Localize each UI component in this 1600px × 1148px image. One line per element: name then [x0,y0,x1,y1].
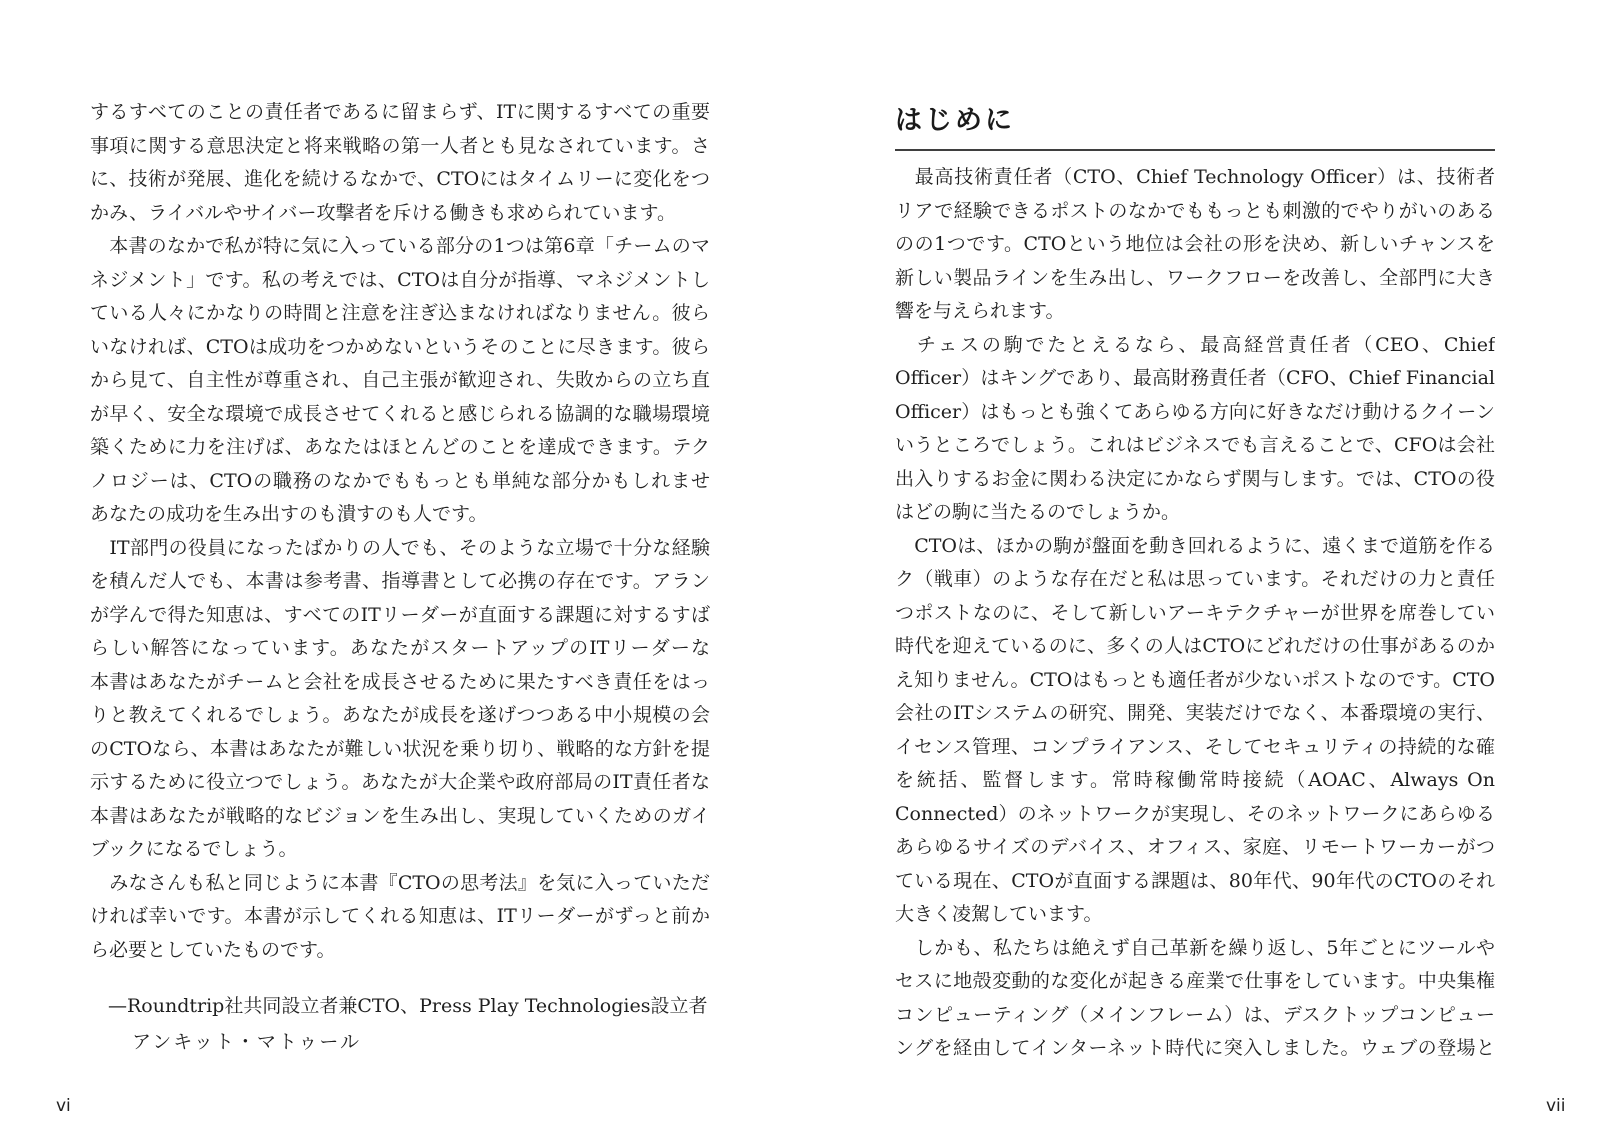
text-line: 事項に関する意思決定と将来戦略の第一人者とも見なされています。さら [90,130,710,164]
text-line: 築くために力を注げば、あなたはほとんどのことを達成できます。テク [90,431,710,465]
text-line: りと教えてくれるでしょう。あなたが成長を遂げつつある中小規模の会社 [90,699,710,733]
text-line: 新しい製品ラインを生み出し、ワークフローを改善し、全部門に大きな影 [895,262,1495,296]
text-line: CTOは、ほかの駒が盤面を動き回れるように、遠くまで道筋を作るルー [895,530,1495,564]
text-line: らしい解答になっています。あなたがスタートアップのITリーダーなら、 [90,632,710,666]
text-line: かみ、ライバルやサイバー攻撃者を斥ける働きも求められています。 [90,197,710,231]
text-line: ノロジーは、CTOの職務のなかでももっとも単純な部分かもしれません。 [90,465,710,499]
text-line: イセンス管理、コンプライアンス、そしてセキュリティの持続的な確保 [895,731,1495,765]
text-line: Officer）はキングであり、最高財務責任者（CFO、Chief Financ… [895,362,1495,396]
paragraph: しかも、私たちは絶えず自己革新を繰り返し、5年ごとにツールやプロセスに地殻変動的… [895,932,1495,1066]
text-line: から見て、自主性が尊重され、自己主張が歓迎され、失敗からの立ち直り [90,364,710,398]
attribution-role: —Roundtrip社共同設立者兼CTO、Press Play Technolo… [90,988,710,1024]
right-page-body-text: 最高技術責任者（CTO、Chief Technology Officer）は、技… [895,161,1495,1066]
paragraph: みなさんも私と同じように本書『CTOの思考法』を気に入っていただければ幸いです。… [90,867,710,968]
page-number-right: vii [1546,1096,1566,1116]
chapter-heading: はじめに [895,103,1495,139]
text-line: のCTOなら、本書はあなたが難しい状況を乗り切り、戦略的な方針を提 [90,733,710,767]
text-line: を統括、監督します。常時稼働常時接続（AOAC、Always On Always [895,764,1495,798]
text-line: Connected）のネットワークが実現し、そのネットワークにあらゆる形態、 [895,798,1495,832]
text-line: リアで経験できるポストのなかでももっとも刺激的でやりがいのあるも [895,195,1495,229]
text-line: Officer）はもっとも強くてあらゆる方向に好きなだけ動けるクイーンと [895,396,1495,430]
text-line: いうところでしょう。これはビジネスでも言えることで、CFOは会社を [895,429,1495,463]
text-line: 示するために役立つでしょう。あなたが大企業や政府部局のIT責任者なら、 [90,766,710,800]
text-line: 会社のITシステムの研究、開発、実装だけでなく、本番環境の実行、ラ [895,697,1495,731]
text-line: ている現在、CTOが直面する課題は、80年代、90年代のCTOのそれを [895,865,1495,899]
paragraph: 最高技術責任者（CTO、Chief Technology Officer）は、技… [895,161,1495,329]
paragraph: IT部門の役員になったばかりの人でも、そのような立場で十分な経験を積んだ人でも、… [90,532,710,867]
paragraph: するすべてのことの責任者であるに留まらず、ITに関するすべての重要事項に関する意… [90,96,710,230]
paragraph: CTOは、ほかの駒が盤面を動き回れるように、遠くまで道筋を作るルーク（戦車）のよ… [895,530,1495,932]
page-number-left: vi [56,1096,71,1116]
text-line: ら必要としていたものです。 [90,934,710,968]
text-line: ければ幸いです。本書が示してくれる知恵は、ITリーダーがずっと前か [90,900,710,934]
text-line: IT部門の役員になったばかりの人でも、そのような立場で十分な経験 [90,532,710,566]
text-line: が早く、安全な環境で成長させてくれると感じられる協調的な職場環境を [90,398,710,432]
text-line: 時代を迎えているのに、多くの人はCTOにどれだけの仕事があるのかさ [895,630,1495,664]
page-left: するすべてのことの責任者であるに留まらず、ITに関するすべての重要事項に関する意… [90,96,710,1060]
text-line: はどの駒に当たるのでしょうか。 [895,496,1495,530]
text-line: チェスの駒でたとえるなら、最高経営責任者（CEO、Chief Executive [895,329,1495,363]
paragraph: 本書のなかで私が特に気に入っている部分の1つは第6章「チームのマネジメント」です… [90,230,710,532]
text-line: のの1つです。CTOという地位は会社の形を決め、新しいチャンスを開き、 [895,228,1495,262]
page-right: はじめに 最高技術責任者（CTO、Chief Technology Office… [895,103,1495,1066]
text-line: みなさんも私と同じように本書『CTOの思考法』を気に入っていただ [90,867,710,901]
text-line: セスに地殻変動的な変化が起きる産業で仕事をしています。中央集権的な [895,965,1495,999]
heading-rule [895,149,1495,151]
text-line: 本書のなかで私が特に気に入っている部分の1つは第6章「チームのマ [90,230,710,264]
text-line: ネジメント」です。私の考えでは、CTOは自分が指導、マネジメントし [90,264,710,298]
text-line: いなければ、CTOは成功をつかめないというそのことに尽きます。彼ら [90,331,710,365]
text-line: に、技術が発展、進化を続けるなかで、CTOにはタイムリーに変化をつ [90,163,710,197]
text-line: あなたの成功を生み出すのも潰すのも人です。 [90,498,710,532]
text-line: ている人々にかなりの時間と注意を注ぎ込まなければなりません。彼らが [90,297,710,331]
text-line: 出入りするお金に関わる決定にかならず関与します。では、CTOの役割 [895,463,1495,497]
text-line: あらゆるサイズのデバイス、オフィス、家庭、リモートワーカーがつながっ [895,831,1495,865]
attribution-name: アンキット・マトゥール [90,1024,710,1060]
book-spread: するすべてのことの責任者であるに留まらず、ITに関するすべての重要事項に関する意… [0,0,1600,1148]
text-line: ングを経由してインターネット時代に突入しました。ウェブの登場ととも [895,1032,1495,1066]
text-line: するすべてのことの責任者であるに留まらず、ITに関するすべての重要 [90,96,710,130]
paragraph: チェスの駒でたとえるなら、最高経営責任者（CEO、Chief Executive… [895,329,1495,530]
text-line: 大きく凌駕しています。 [895,898,1495,932]
text-line: ブックになるでしょう。 [90,833,710,867]
text-line: が学んで得た知恵は、すべてのITリーダーが直面する課題に対するすば [90,599,710,633]
text-line: コンピューティング（メインフレーム）は、デスクトップコンピューティ [895,999,1495,1033]
text-line: 響を与えられます。 [895,295,1495,329]
left-page-body-text: するすべてのことの責任者であるに留まらず、ITに関するすべての重要事項に関する意… [90,96,710,967]
text-line: 本書はあなたがチームと会社を成長させるために果たすべき責任をはっき [90,666,710,700]
text-line: つポストなのに、そして新しいアーキテクチャーが世界を席巻している [895,597,1495,631]
text-line: え知りません。CTOはもっとも適任者が少ないポストなのです。CTOは [895,664,1495,698]
text-line: 本書はあなたが戦略的なビジョンを生み出し、実現していくためのガイド [90,800,710,834]
text-line: しかも、私たちは絶えず自己革新を繰り返し、5年ごとにツールやプロ [895,932,1495,966]
text-line: 最高技術責任者（CTO、Chief Technology Officer）は、技… [895,161,1495,195]
text-line: を積んだ人でも、本書は参考書、指導書として必携の存在です。アラン [90,565,710,599]
attribution-block: —Roundtrip社共同設立者兼CTO、Press Play Technolo… [90,988,710,1060]
text-line: ク（戦車）のような存在だと私は思っています。それだけの力と責任を持 [895,563,1495,597]
